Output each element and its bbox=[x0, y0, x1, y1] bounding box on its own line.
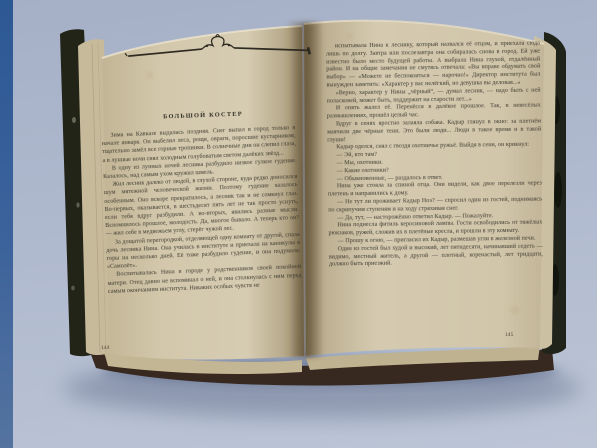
cover-blotch bbox=[554, 172, 562, 208]
cover-speckle bbox=[72, 117, 76, 123]
right-page-text: испытывала Нина к леснику, который назва… bbox=[326, 41, 544, 344]
page-number-left: 144 bbox=[101, 345, 110, 351]
paragraph: Вдруг в сенях яростно залаяла собака. Ка… bbox=[327, 118, 541, 144]
paragraph: испытывала Нина к леснику, который назва… bbox=[326, 41, 541, 91]
age-spot bbox=[347, 33, 353, 39]
paragraph: Жил лесник далеко от людей, в глухой сто… bbox=[103, 173, 299, 238]
age-spot bbox=[147, 72, 153, 78]
cover-speckle bbox=[76, 202, 79, 207]
cover-speckle bbox=[71, 286, 75, 291]
page-number-right: 145 bbox=[505, 332, 513, 338]
left-page-text: Зима на Кавказе выдалась поздняя. Снег в… bbox=[101, 124, 304, 358]
paragraph: Один из гостей был худой и высокий, лет … bbox=[329, 243, 543, 269]
book-photo: БОЛЬШОЙ КОСТЕР Зима на Кавказе выдалась … bbox=[0, 0, 597, 448]
